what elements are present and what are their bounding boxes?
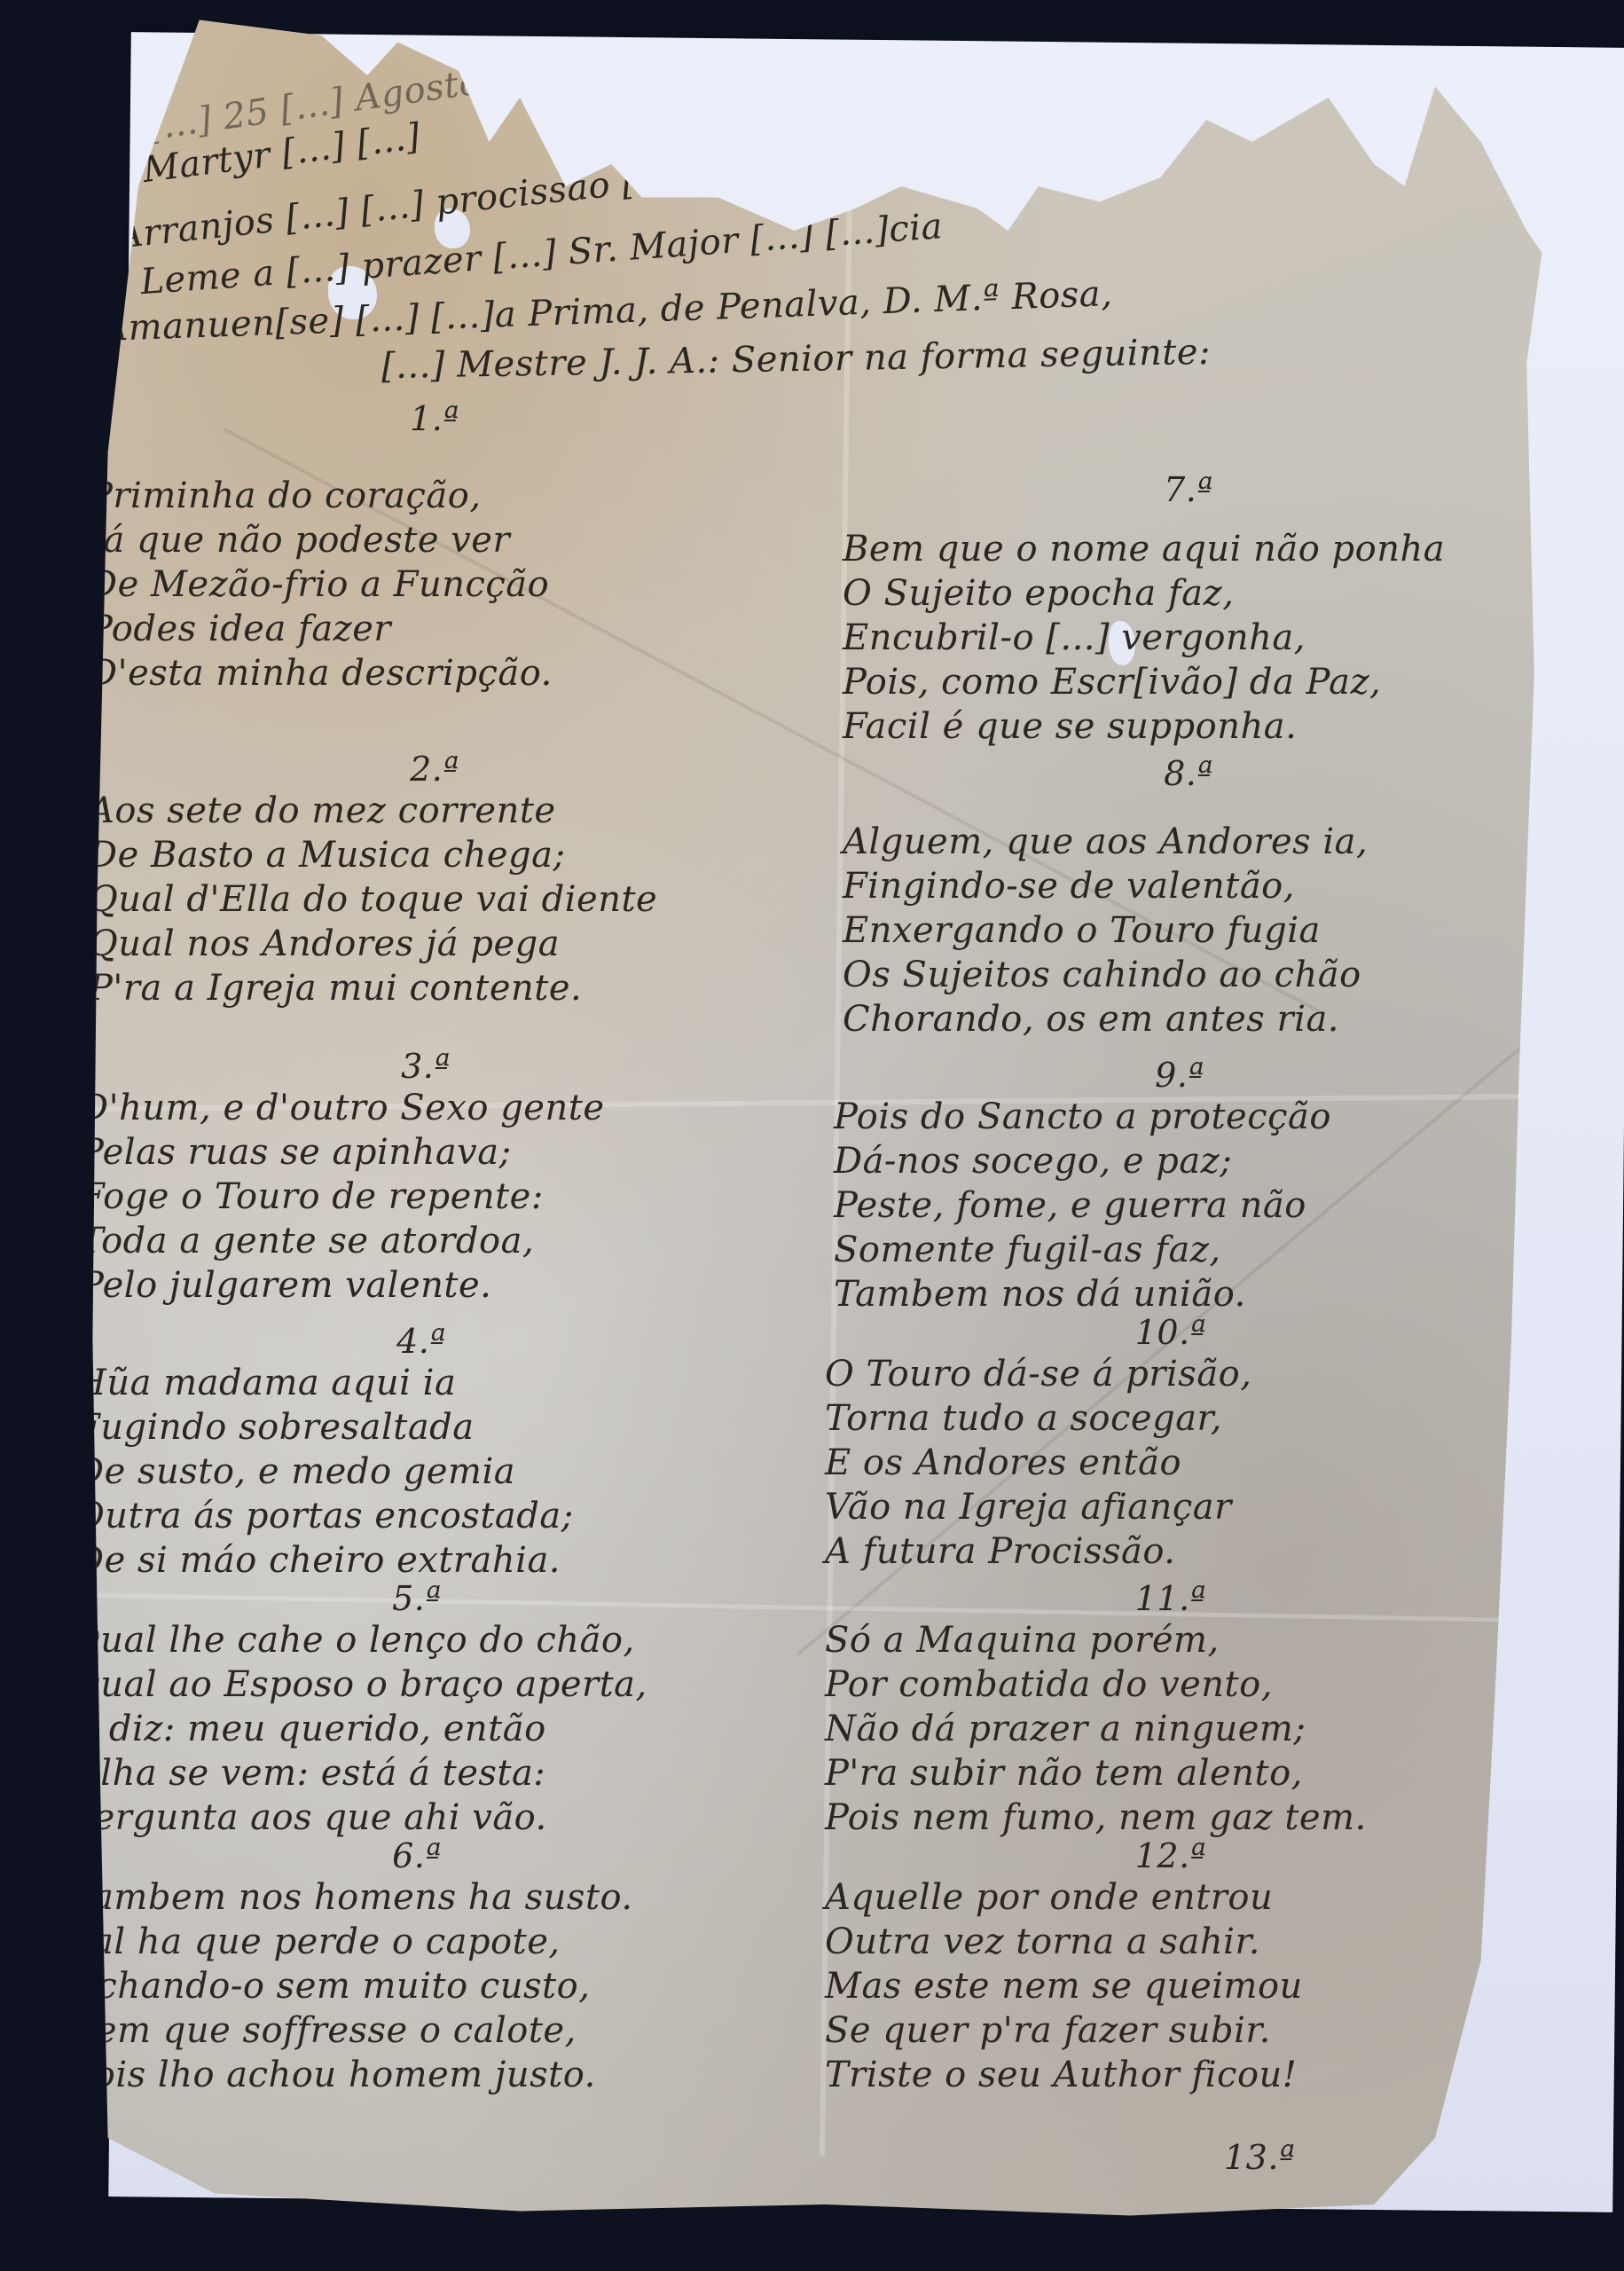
verse-line: Outra ás portas encostada; [75,1494,767,1538]
verse-line: Já que não podeste ver [89,518,781,562]
stanza-6: 6.ª Tambem nos homens ha susto. Tal ha q… [71,1836,763,2097]
verse-line: De susto, e medo gemia [75,1450,767,1494]
stanza-3: 3.ª D'hum, e d'outro Sexo gente Pelas ru… [80,1047,772,1308]
verse-line: Qual ao Esposo o braço aperta, [71,1662,763,1707]
stanza-number: 12.ª [825,1836,1517,1875]
verse-line: Não dá prazer a ninguem; [825,1707,1517,1751]
stanza-number: 11.ª [825,1579,1517,1618]
verse-line: De Basto a Musica chega; [89,833,781,877]
stanza-12: 12.ª Aquelle por onde entrou Outra vez t… [825,1836,1517,2097]
verse-line: O Sujeito epocha faz, [843,571,1534,616]
verse-line: Tal ha que perde o capote, [71,1920,763,1964]
stanza-number: 9.ª [834,1056,1526,1095]
stanza-8: 8.ª Alguem, que aos Andores ia, Fingindo… [843,754,1534,1041]
stanza-1: 1.ª Priminha do coração, Já que não pode… [89,399,781,695]
verse-line: Qual lhe cahe o lenço do chão, [71,1618,763,1662]
verse-line: Tambem nos homens ha susto. [71,1875,763,1920]
verse-line: D'hum, e d'outro Sexo gente [80,1086,772,1130]
stanza-number: 2.ª [89,750,781,789]
stanza-2: 2.ª Aos sete do mez corrente De Basto a … [89,750,781,1010]
verse-line: Dá-nos socego, e paz; [834,1139,1526,1183]
verse-line: Pois do Sancto a protecção [834,1095,1526,1139]
verse-line: Achando-o sem muito custo, [71,1964,763,2008]
verse-line: Peste, fome, e guerra não [834,1183,1526,1228]
verse-line: Torna tudo a socegar, [825,1396,1517,1441]
verse-line: Vão na Igreja afiançar [825,1485,1517,1529]
stanza-number: 7.ª [843,470,1534,509]
verse-line: De si máo cheiro extrahia. [75,1538,767,1583]
stanza-number: 6.ª [71,1836,763,1875]
verse-line: Os Sujeitos cahindo ao chão [843,953,1534,997]
verse-line: Se quer p'ra fazer subir. [825,2008,1517,2053]
verse-line: E os Andores então [825,1441,1517,1485]
stanza-number: 8.ª [843,754,1534,793]
verse-line: Sem que soffresse o calote, [71,2008,763,2053]
verse-line: Pelo julgarem valente. [80,1263,772,1308]
verse-line: Pelas ruas se apinhava; [80,1130,772,1175]
stanza-13-number: 13.ª [1224,2138,1296,2177]
verse-line: Tambem nos dá união. [834,1272,1526,1316]
verse-line: Qual d'Ella do toque vai diente [89,877,781,922]
header-line-6: [...] Mestre J. J. A.: Senior na forma s… [381,332,1212,387]
verse-line: O Touro dá-se á prisão, [825,1352,1517,1396]
verse-line: Triste o seu Author ficou! [825,2053,1517,2097]
verse-line: E diz: meu querido, então [71,1707,763,1751]
verse-line: Aquelle por onde entrou [825,1875,1517,1920]
verse-line: Somente fugil-as faz, [834,1228,1526,1272]
verse-line: Toda a gente se atordoa, [80,1219,772,1263]
stanza-4: 4.ª Hũa madama aqui ia Fugindo sobresalt… [75,1322,767,1583]
verse-line: Priminha do coração, [89,474,781,518]
verse-line: Encubril-o [...] vergonha, [843,616,1534,660]
verse-line: Olha se vem: está á testa: [71,1751,763,1796]
verse-line: De Mezão-frio a Funcção [89,562,781,607]
stanza-10: 10.ª O Touro dá-se á prisão, Torna tudo … [825,1313,1517,1574]
verse-line: Chorando, os em antes ria. [843,997,1534,1041]
stanza-11: 11.ª Só a Maquina porém, Por combatida d… [825,1579,1517,1840]
verse-line: Fugindo sobresaltada [75,1405,767,1450]
verse-line: Qual nos Andores já pega [89,922,781,966]
stanza-7: 7.ª Bem que o nome aqui não ponha O Suje… [843,470,1534,749]
verse-line: Outra vez torna a sahir. [825,1920,1517,1964]
verse-line: Enxergando o Touro fugia [843,908,1534,953]
verse-line: Só a Maquina porém, [825,1618,1517,1662]
verse-line: Foge o Touro de repente: [80,1175,772,1219]
verse-line: Podes idea fazer [89,607,781,651]
stanza-number: 1.ª [89,399,781,438]
verse-line: Bem que o nome aqui não ponha [843,527,1534,571]
verse-line: Alguem, que aos Andores ia, [843,820,1534,864]
manuscript-sheet: [...] 25 [...] Agosto de [...] Martyr [.… [62,9,1588,2227]
verse-line: Pergunta aos que ahi vão. [71,1796,763,1840]
verse-line: Aos sete do mez corrente [89,789,781,833]
verse-line: Pois, como Escr[ivão] da Paz, [843,660,1534,704]
verse-line: Por combatida do vento, [825,1662,1517,1707]
stanza-9: 9.ª Pois do Sancto a protecção Dá-nos so… [834,1056,1526,1316]
verse-line: Pois nem fumo, nem gaz tem. [825,1796,1517,1840]
stanza-number: 10.ª [825,1313,1517,1352]
stanza-5: 5.ª Qual lhe cahe o lenço do chão, Qual … [71,1579,763,1840]
verse-line: D'esta minha descripção. [89,651,781,695]
verse-line: P'ra a Igreja mui contente. [89,966,781,1010]
verse-line: A futura Procissão. [825,1529,1517,1574]
verse-line: Facil é que se supponha. [843,704,1534,749]
stanza-number: 3.ª [80,1047,772,1086]
verse-line: Pois lho achou homem justo. [71,2053,763,2097]
verse-line: Fingindo-se de valentão, [843,864,1534,908]
verse-line: P'ra subir não tem alento, [825,1751,1517,1796]
verse-line: Mas este nem se queimou [825,1964,1517,2008]
stanza-number: 4.ª [75,1322,767,1361]
verse-line: Hũa madama aqui ia [75,1361,767,1405]
stanza-number: 5.ª [71,1579,763,1618]
